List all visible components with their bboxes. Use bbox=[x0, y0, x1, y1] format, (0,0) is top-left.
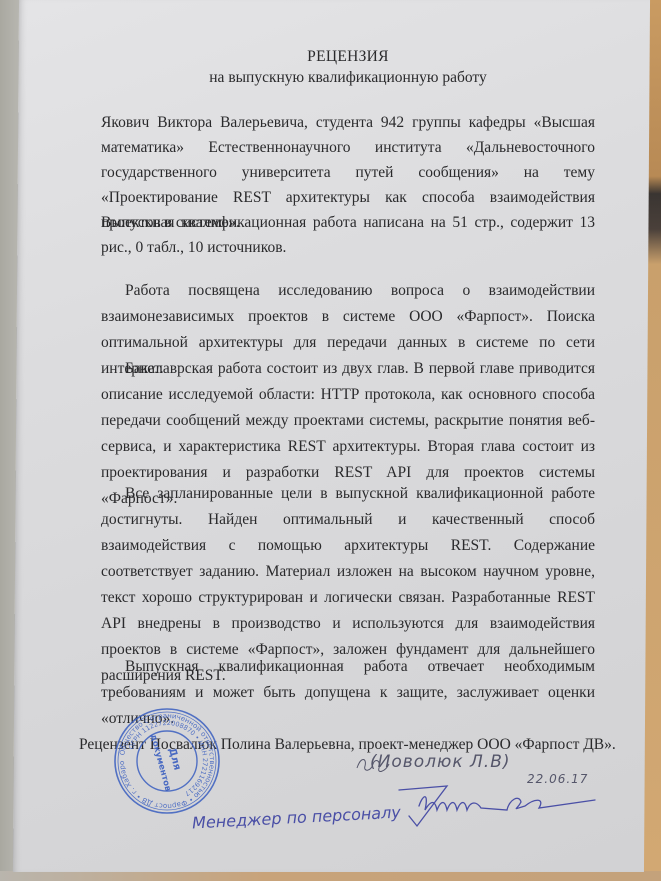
svg-text:документов: документов bbox=[148, 733, 173, 792]
company-stamp: Общество с ограниченной ответственностью… bbox=[112, 706, 222, 816]
handwritten-name-note: (Иоволюк Л.В) bbox=[370, 752, 511, 772]
background-bottom bbox=[0, 871, 661, 881]
svg-text:Для: Для bbox=[166, 747, 182, 772]
stats-paragraph: Выпускная квалификационная работа написа… bbox=[101, 210, 595, 260]
document-subtitle: на выпускную квалификационную работу bbox=[101, 65, 595, 90]
signature bbox=[395, 780, 605, 840]
